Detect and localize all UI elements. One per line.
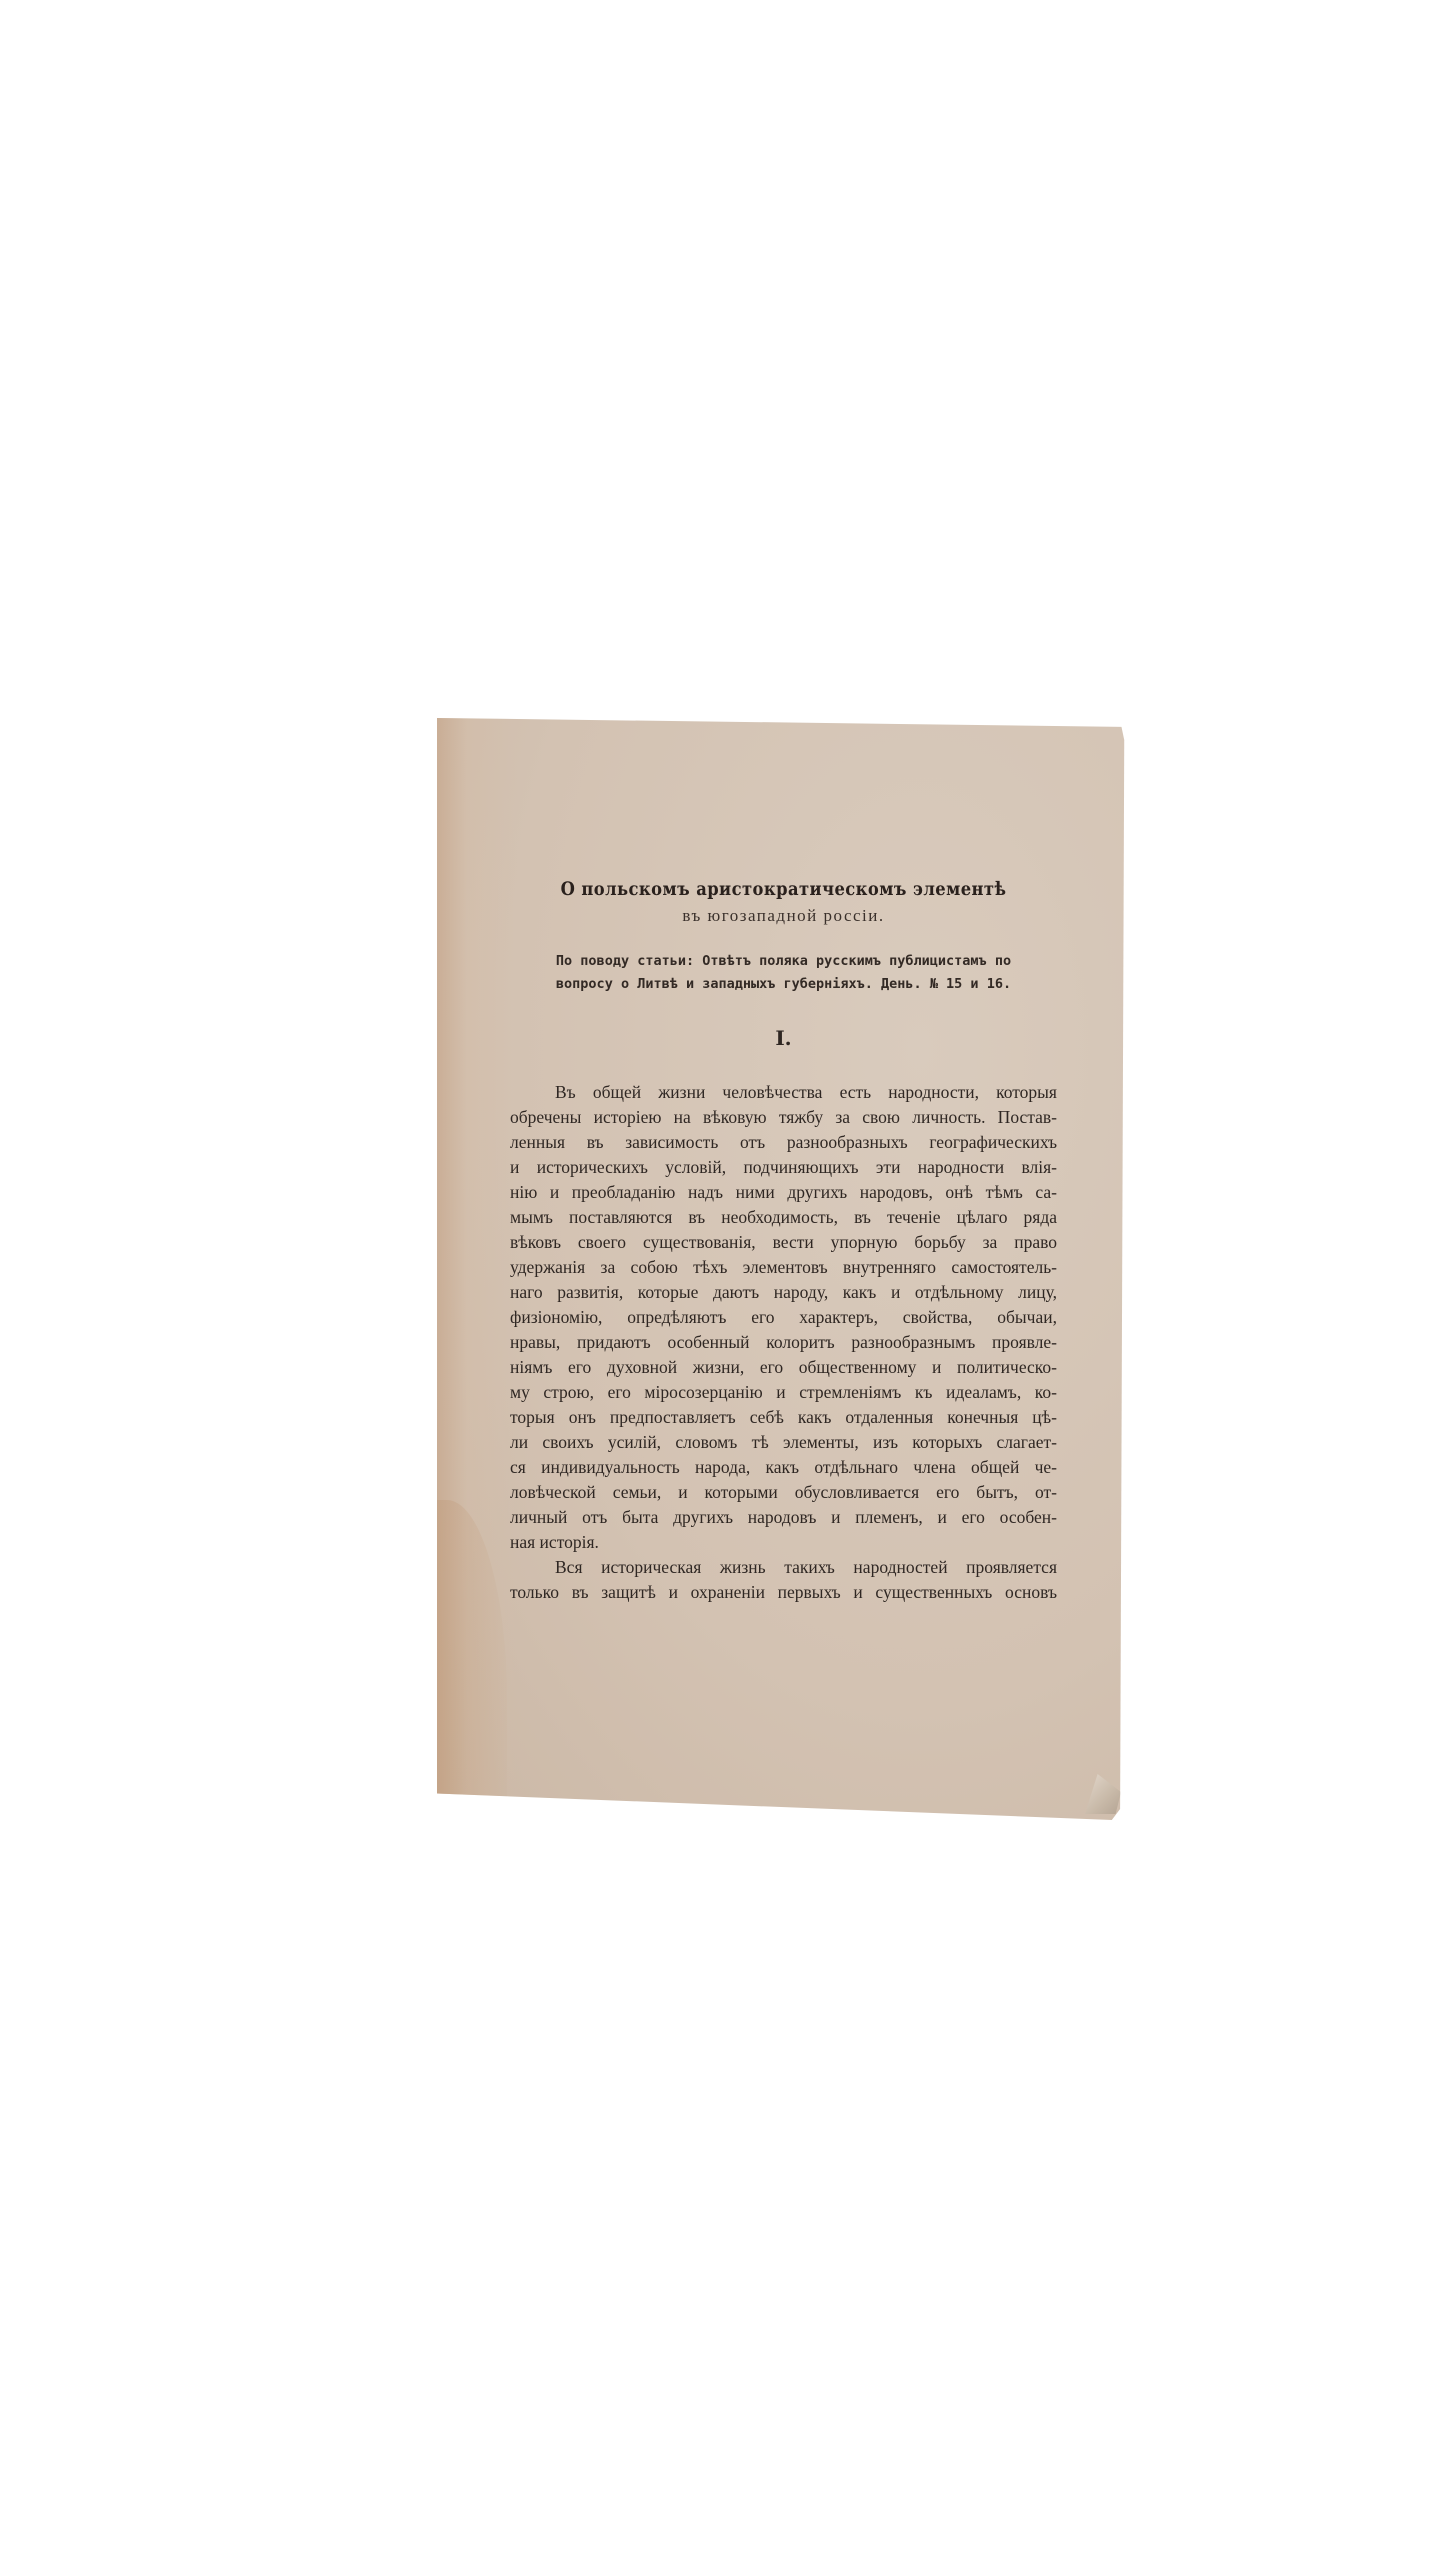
text-line: нію и преобладанію надъ ними другихъ нар… (510, 1180, 1057, 1205)
text-line: ловѣческой семьи, и которыми обусловлива… (510, 1480, 1057, 1505)
text-line: удержанія за собою тѣхъ элементовъ внутр… (510, 1255, 1057, 1280)
text-line: ная исторія. (510, 1530, 1057, 1555)
paragraph-1: Въ общей жизни человѣчества есть народно… (510, 1080, 1057, 1555)
text-line: Въ общей жизни человѣчества есть народно… (510, 1080, 1057, 1105)
source-note-line: По поводу статьи: Отвѣтъ поляка русскимъ… (510, 950, 1057, 973)
page-content: О польскомъ аристократическомъ элементѣ … (510, 878, 1057, 1605)
text-line: обречены исторіею на вѣковую тяжбу за св… (510, 1105, 1057, 1130)
text-line: наго развитія, которые даютъ народу, как… (510, 1280, 1057, 1305)
text-line: нравы, придаютъ особенный колоритъ разно… (510, 1330, 1057, 1355)
text-line: вѣковъ своего существованія, вести упорн… (510, 1230, 1057, 1255)
document-title: О польскомъ аристократическомъ элементѣ (548, 878, 1018, 900)
folded-corner (1085, 1774, 1121, 1814)
source-note-line: вопросу о Литвѣ и западныхъ губерніяхъ. … (510, 973, 1057, 996)
text-line: физіономію, опредѣляютъ его характеръ, с… (510, 1305, 1057, 1330)
text-line: ніямъ его духовной жизни, его общественн… (510, 1355, 1057, 1380)
text-line: ся индивидуальность народа, какъ отдѣльн… (510, 1455, 1057, 1480)
source-note: По поводу статьи: Отвѣтъ поляка русскимъ… (510, 950, 1057, 996)
text-line: ли своихъ усилій, словомъ тѣ элементы, и… (510, 1430, 1057, 1455)
text-line: торыя онъ предпоставляетъ себѣ какъ отда… (510, 1405, 1057, 1430)
text-line: мымъ поставляются въ необходимость, въ т… (510, 1205, 1057, 1230)
text-line: Вся историческая жизнь такихъ народносте… (510, 1555, 1057, 1580)
text-line: му строю, его міросозерцанію и стремлені… (510, 1380, 1057, 1405)
section-numeral: I. (510, 1026, 1057, 1050)
document-page: О польскомъ аристократическомъ элементѣ … (437, 718, 1127, 1820)
text-line: ленныя въ зависимость отъ разнообразныхъ… (510, 1130, 1057, 1155)
paragraph-2: Вся историческая жизнь такихъ народносте… (510, 1555, 1057, 1605)
document-subtitle: въ югозападной россіи. (510, 906, 1057, 926)
text-line: личный отъ быта другихъ народовъ и племе… (510, 1505, 1057, 1530)
text-line: и историческихъ условій, подчиняющихъ эт… (510, 1155, 1057, 1180)
text-line: только въ защитѣ и охраненіи первыхъ и с… (510, 1580, 1057, 1605)
